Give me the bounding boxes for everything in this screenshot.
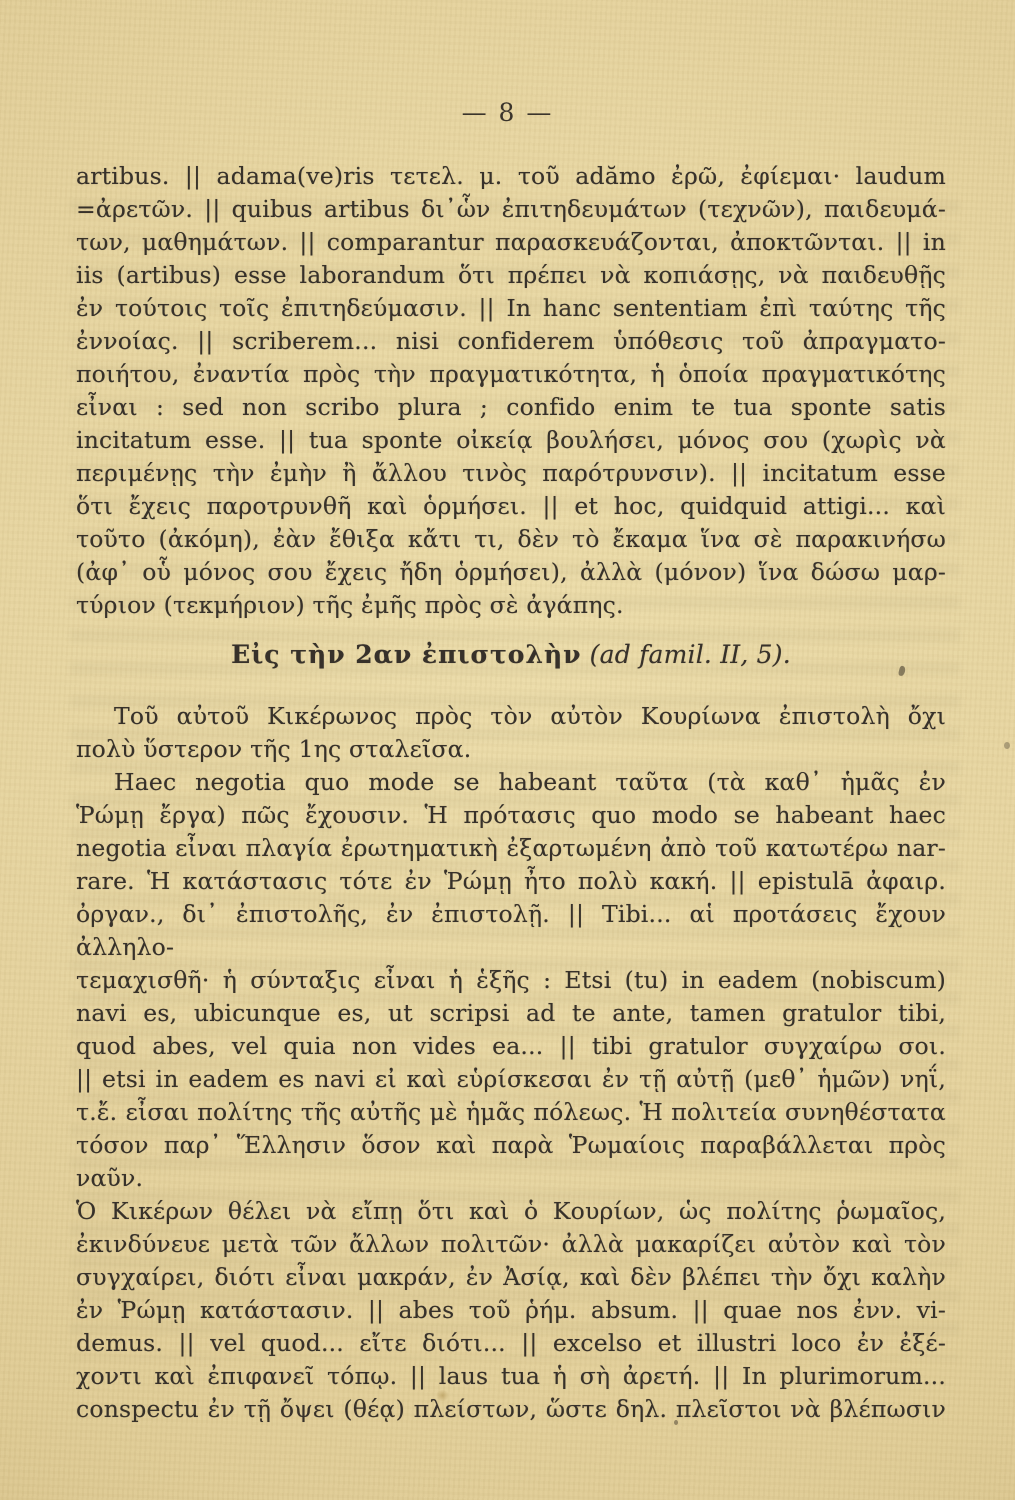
text-line: περιμένῃς τὴν ἐμὴν ἢ ἄλλου τινὸς παρότρυ… [76, 457, 946, 490]
text-line: Τοῦ αὐτοῦ Κικέρωνος πρὸς τὸν αὐτὸν Κουρί… [76, 700, 946, 733]
text-line: =ἀρετῶν. || quibus artibus δι᾽ὧν ἐπιτηδε… [76, 193, 946, 226]
commentary-paragraph-ad-famil-2-4: artibus. || adama(ve)ris τετελ. μ. τοῦ a… [76, 160, 946, 622]
text-line: (ἀφ᾽ οὗ μόνος σου ἔχεις ἤδη ὁρμήσει), ἀλ… [76, 556, 946, 589]
text-line: iis (artibus) esse laborandum ὅτι πρέπει… [76, 259, 946, 292]
text-line: των, μαθημάτων. || comparantur παρασκευά… [76, 226, 946, 259]
text-line: artibus. || adama(ve)ris τετελ. μ. τοῦ a… [76, 160, 946, 193]
text-line: ἐν τούτοις τοῖς ἐπιτηδεύμασιν. || In han… [76, 292, 946, 325]
text-line: Haec negotia quo mode se habeant ταῦτα (… [76, 766, 946, 799]
text-line: Ὁ Κικέρων θέλει νὰ εἴπῃ ὅτι καὶ ὁ Κουρίω… [76, 1195, 946, 1228]
text-line: τεμαχισθῆ· ἡ σύνταξις εἶναι ἡ ἑξῆς : Ets… [76, 964, 946, 997]
introductory-note-paragraph: Τοῦ αὐτοῦ Κικέρωνος πρὸς τὸν αὐτὸν Κουρί… [76, 700, 946, 766]
section-heading-greek: Εἰς τὴν 2αν ἐπιστολὴν [231, 640, 581, 669]
text-line: navi es, ubicunque es, ut scripsi ad te … [76, 997, 946, 1030]
text-line: ποιήτου, ἐναντία πρὸς τὴν πραγματικότητα… [76, 358, 946, 391]
text-line: Ῥώμῃ ἔργα) πῶς ἔχουσιν. Ἡ πρότασις quo m… [76, 799, 946, 832]
text-line: χοντι καὶ ἐπιφανεῖ τόπῳ. || laus tua ἡ σ… [76, 1360, 946, 1393]
text-line: || etsi in eadem es navi εἰ καὶ εὑρίσκεσ… [76, 1063, 946, 1096]
section-heading-latin-reference: (ad famil. II, 5). [582, 640, 791, 669]
ink-speck [1004, 742, 1010, 749]
text-line: negotia εἶναι πλαγία ἐρωτηματικὴ ἐξαρτωμ… [76, 832, 946, 865]
text-block: artibus. || adama(ve)ris τετελ. μ. τοῦ a… [76, 160, 946, 1426]
text-line: εἶναι : sed non scribo plura ; confido e… [76, 391, 946, 424]
text-line: πολὺ ὕστερον τῆς 1ης σταλεῖσα. [76, 733, 946, 766]
text-line: ἐν Ῥώμῃ κατάστασιν. || abes τοῦ ῥήμ. abs… [76, 1294, 946, 1327]
section-heading: Εἰς τὴν 2αν ἐπιστολὴν (ad famil. II, 5). [76, 637, 946, 673]
page-number: — 8 — [0, 98, 1015, 127]
text-line: τ.ἔ. εἶσαι πολίτης τῆς αὐτῆς μὲ ἡμᾶς πόλ… [76, 1096, 946, 1129]
text-line: conspectu ἐν τῇ ὄψει (θέᾳ) πλείστων, ὥστ… [76, 1393, 946, 1426]
text-line: rare. Ἡ κατάστασις τότε ἐν Ῥώμῃ ἦτο πολὺ… [76, 865, 946, 898]
text-line: ὀργαν., δι᾽ ἐπιστολῆς, ἐν ἐπιστολῇ. || T… [76, 898, 946, 964]
commentary-paragraph-ad-famil-2-5: Haec negotia quo mode se habeant ταῦτα (… [76, 766, 946, 1426]
text-line: incitatum esse. || tua sponte οἰκείᾳ βου… [76, 424, 946, 457]
text-line: demus. || vel quod... εἴτε διότι... || e… [76, 1327, 946, 1360]
text-line: ὅτι ἔχεις παροτρυνθῆ καὶ ὁρμήσει. || et … [76, 490, 946, 523]
text-line: τύριον (τεκμήριον) τῆς ἐμῆς πρὸς σὲ ἀγάπ… [76, 589, 946, 622]
book-page: — 8 — artibus. || adama(ve)ris τετελ. μ.… [0, 0, 1015, 1500]
text-line: τόσον παρ᾽ Ἕλλησιν ὅσον καὶ παρὰ Ῥωμαίοι… [76, 1129, 946, 1195]
text-line: ἐκινδύνευε μετὰ τῶν ἄλλων πολιτῶν· ἀλλὰ … [76, 1228, 946, 1261]
text-line: τοῦτο (ἀκόμη), ἐὰν ἔθιξα κἄτι τι, δὲν τὸ… [76, 523, 946, 556]
text-line: quod abes, vel quia non vides ea... || t… [76, 1030, 946, 1063]
text-line: συγχαίρει, διότι εἶναι μακράν, ἐν Ἀσίᾳ, … [76, 1261, 946, 1294]
text-line: ἐννοίας. || scriberem... nisi confiderem… [76, 325, 946, 358]
